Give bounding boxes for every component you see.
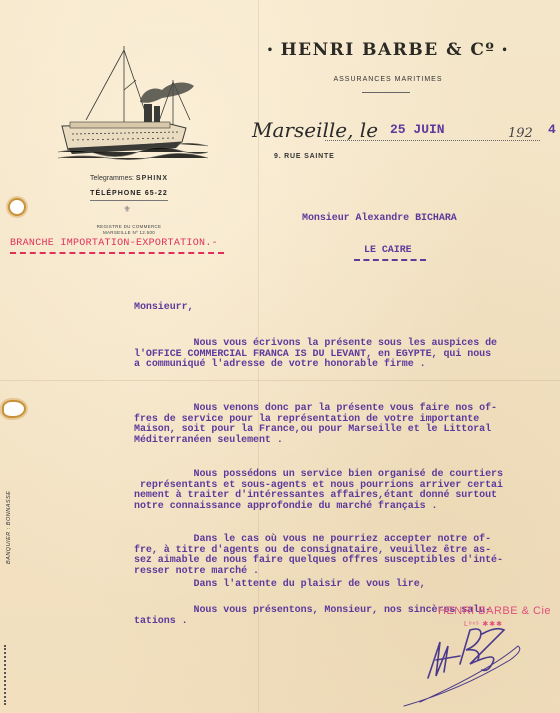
paper-fold-horizontal [0,380,560,381]
punch-hole-top [10,200,24,214]
typed-year-digit: 4 [548,122,556,137]
banker-text: BANQUIER : BONNASSE [6,454,12,564]
telegrams-line: Telegrammes: SPHINX [74,175,184,182]
body-paragraph: Dans l'attente du plaisir de vous lire, [134,580,426,591]
telephone-line: TÉLÉPHONE 65-22 [74,190,184,197]
steamship-illustration [58,20,208,160]
handwritten-signature [400,620,550,710]
recipient-city: LE CAIRE [364,246,412,257]
banker-margin-note: BANQUIER : BONNASSE [0,456,12,576]
tagline-rule [362,92,410,93]
branch-heading: BRANCHE IMPORTATION-EXPORTATION.- [10,238,218,249]
printer-imprint [4,645,14,705]
company-tagline: ASSURANCES MARITIMES [228,76,548,83]
recipient-name: Monsieur Alexandre BICHARA [302,214,457,225]
body-paragraph: Nous vous écrivons la présente sous les … [134,339,497,371]
body-paragraph: Nous possédons un service bien organisé … [134,470,503,512]
fleur-ornament-icon: ⚜ [112,204,142,218]
typed-date: 25 JUIN [390,122,445,137]
punch-hole-torn [4,402,24,416]
telephone-rule [90,200,168,201]
telegrams-label: Telegrammes: [90,175,134,182]
registry-line-2: MARSEILLE Nº 12.500 [74,230,184,236]
body-paragraph: Nous venons donc par la présente vous fa… [134,404,497,446]
telegrams-value: SPHINX [136,175,168,182]
recipient-city-underline [354,259,426,261]
branch-heading-underline [10,252,224,254]
company-name: •HENRI BARBE & Cº• [228,40,548,60]
printed-year-prefix: 192 [508,126,533,141]
company-address: 9. RUE SAINTE [274,153,335,160]
commerce-registry: REGISTRE DU COMMERCE MARSEILLE Nº 12.500 [74,224,184,236]
company-stamp: HENRI BARBE & Cie [438,605,551,617]
salutation: Monsieurr, [134,303,194,314]
body-paragraph: Dans le cas où vous ne pourriez accepter… [134,535,503,577]
printed-city-date-label: Marseille, le [252,118,378,142]
